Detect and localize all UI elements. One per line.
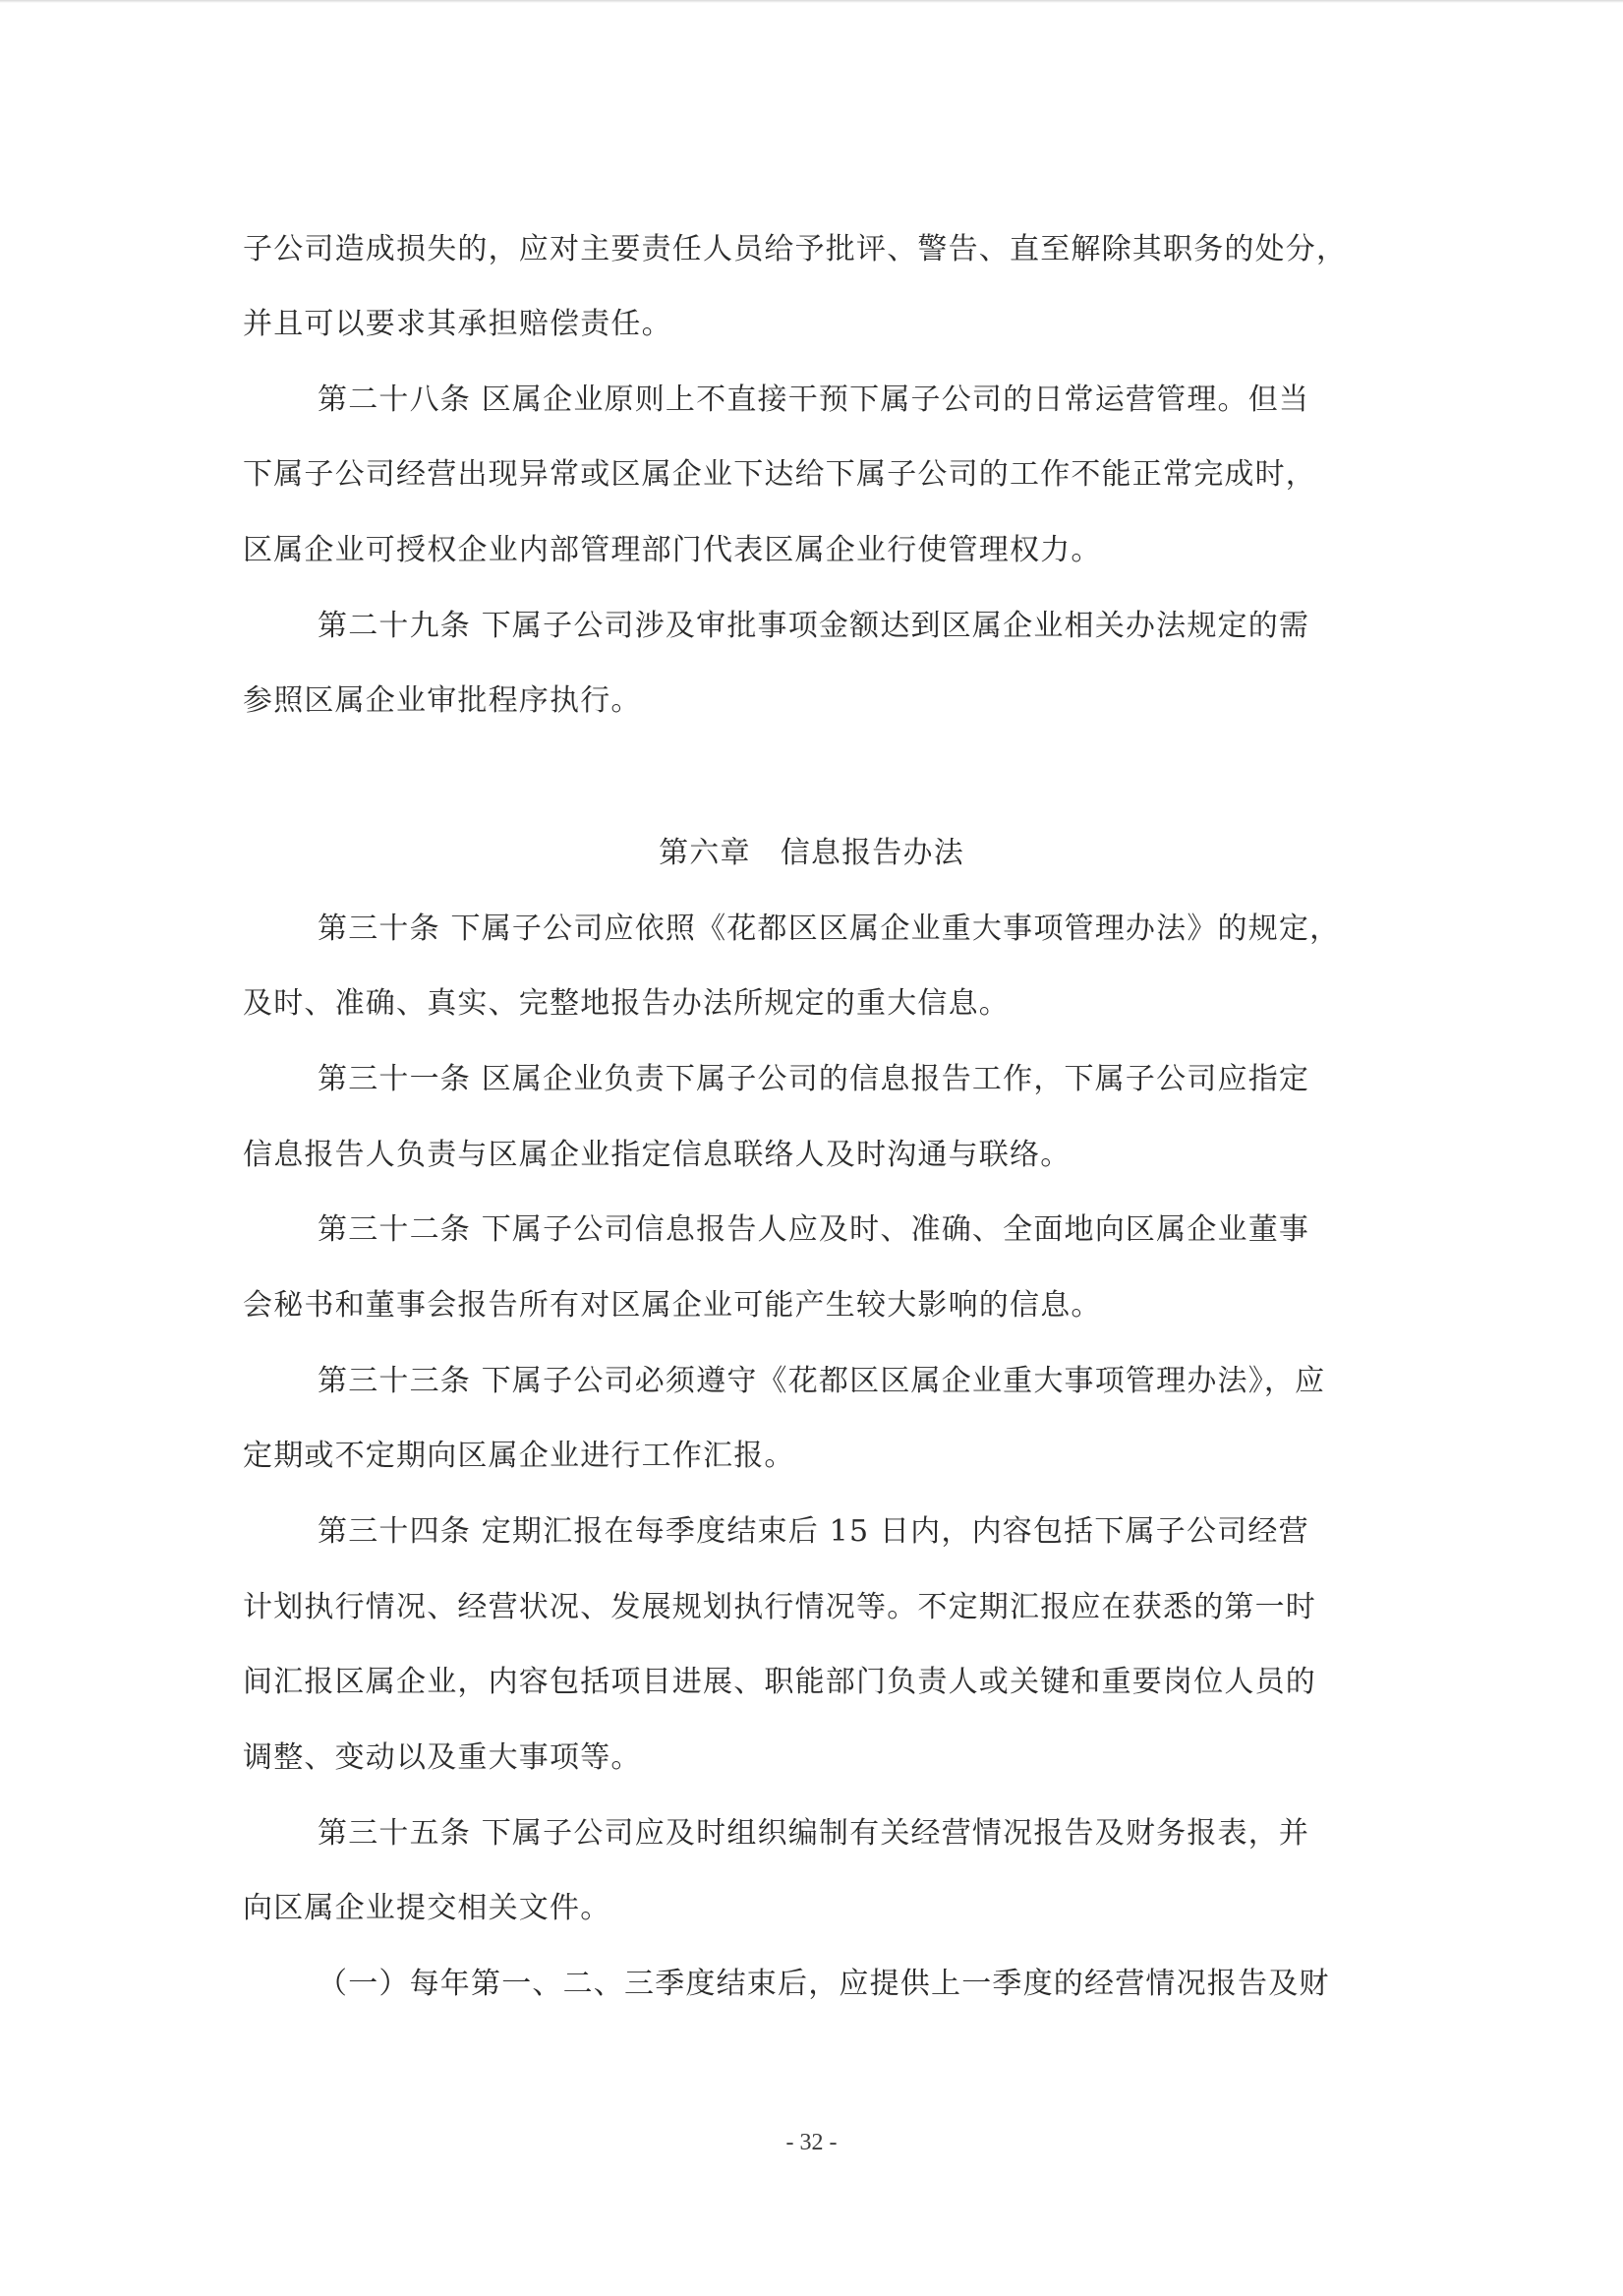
paragraph-first-line: 第三十二条 下属子公司信息报告人应及时、准确、全面地向区属企业董事 xyxy=(318,1210,1309,1250)
chapter-title: 第六章信息报告办法 xyxy=(0,834,1623,873)
chapter-name: 信息报告办法 xyxy=(781,836,964,870)
paragraph-line: 间汇报区属企业，内容包括项目进展、职能部门负责人或关键和重要岗位人员的 xyxy=(243,1663,1316,1702)
paragraph-first-line: 第三十一条 区属企业负责下属子公司的信息报告工作，下属子公司应指定 xyxy=(318,1060,1309,1099)
paragraph-line: 参照区属企业审批程序执行。 xyxy=(243,681,642,721)
paragraph-first-line: （一）每年第一、二、三季度结束后，应提供上一季度的经营情况报告及财 xyxy=(318,1965,1330,2004)
paragraph-first-line: 第三十三条 下属子公司必须遵守《花都区区属企业重大事项管理办法》，应 xyxy=(318,1362,1325,1401)
paragraph-first-line: 第三十条 下属子公司应依照《花都区区属企业重大事项管理办法》的规定， xyxy=(318,910,1340,949)
paragraph-line: 计划执行情况、经营状况、发展规划执行情况等。不定期汇报应在获悉的第一时 xyxy=(243,1588,1316,1627)
paragraph-line: 会秘书和董事会报告所有对区属企业可能产生较大影响的信息。 xyxy=(243,1286,1102,1325)
paragraph-first-line: 第三十四条 定期汇报在每季度结束后 15 日内，内容包括下属子公司经营 xyxy=(318,1512,1309,1552)
page-number: - 32 - xyxy=(0,2130,1623,2156)
chapter-number: 第六章 xyxy=(659,836,751,870)
paragraph-line: 下属子公司经营出现异常或区属企业下达给下属子公司的工作不能正常完成时， xyxy=(243,455,1316,495)
paragraph-line: 区属企业可授权企业内部管理部门代表区属企业行使管理权力。 xyxy=(243,531,1102,570)
document-page: 子公司造成损失的，应对主要责任人员给予批评、警告、直至解除其职务的处分，并且可以… xyxy=(0,0,1623,2296)
paragraph-first-line: 第三十五条 下属子公司应及时组织编制有关经营情况报告及财务报表，并 xyxy=(318,1814,1309,1854)
paragraph-line: 调整、变动以及重大事项等。 xyxy=(243,1738,642,1778)
paragraph-first-line: 第二十八条 区属企业原则上不直接干预下属子公司的日常运营管理。但当 xyxy=(318,381,1309,420)
paragraph-line: 定期或不定期向区属企业进行工作汇报。 xyxy=(243,1437,795,1476)
paragraph-line: 向区属企业提交相关文件。 xyxy=(243,1889,610,1928)
paragraph-line: 子公司造成损失的，应对主要责任人员给予批评、警告、直至解除其职务的处分， xyxy=(243,230,1347,269)
paragraph-line: 及时、准确、真实、完整地报告办法所规定的重大信息。 xyxy=(243,984,1010,1024)
paragraph-first-line: 第二十九条 下属子公司涉及审批事项金额达到区属企业相关办法规定的需 xyxy=(318,607,1309,646)
paragraph-line: 信息报告人负责与区属企业指定信息联络人及时沟通与联络。 xyxy=(243,1136,1071,1175)
paragraph-line: 并且可以要求其承担赔偿责任。 xyxy=(243,305,672,344)
scan-edge xyxy=(0,0,1623,3)
